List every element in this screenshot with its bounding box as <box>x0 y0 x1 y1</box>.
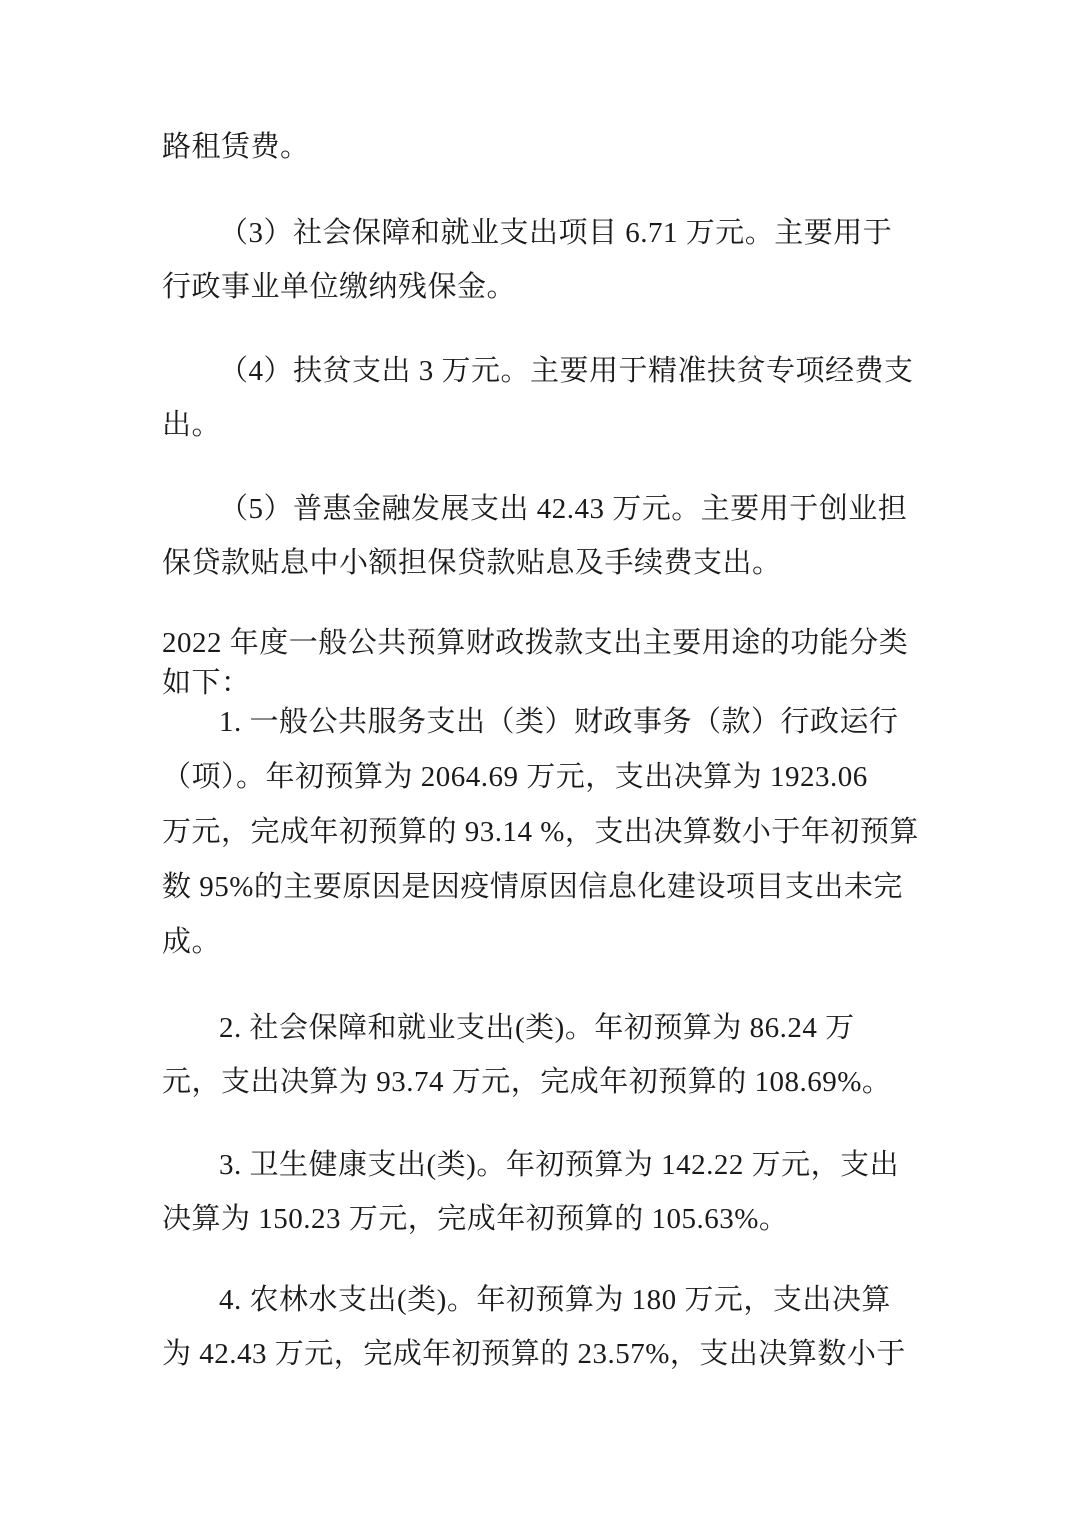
text-line: 2022 年度一般公共预算财政拨款支出主要用途的功能分类 <box>162 623 910 663</box>
text-line: （3）社会保障和就业支出项目 6.71 万元。主要用于 <box>162 206 910 260</box>
text-line: （4）扶贫支出 3 万元。主要用于精准扶贫专项经费支 <box>162 344 910 398</box>
text-line: 4. 农林水支出(类)。年初预算为 180 万元，支出决算 <box>162 1273 910 1327</box>
text-line: 元，支出决算为 93.74 万元，完成年初预算的 108.69%。 <box>162 1055 910 1109</box>
text-line: 数 95%的主要原因是因疫情原因信息化建设项目支出未完 <box>162 860 910 915</box>
text-line: 出。 <box>162 398 910 452</box>
text-line: 路租赁费。 <box>162 120 910 174</box>
text-line: 成。 <box>162 915 910 970</box>
text-line: （5）普惠金融发展支出 42.43 万元。主要用于创业担 <box>162 482 910 536</box>
paragraph-category-3: 3. 卫生健康支出(类)。年初预算为 142.22 万元，支出 决算为 150.… <box>162 1138 910 1246</box>
paragraph-item-3: （3）社会保障和就业支出项目 6.71 万元。主要用于 行政事业单位缴纳残保金。 <box>162 206 910 314</box>
paragraph-item-5: （5）普惠金融发展支出 42.43 万元。主要用于创业担 保贷款贴息中小额担保贷… <box>162 482 910 590</box>
text-line: 2. 社会保障和就业支出(类)。年初预算为 86.24 万 <box>162 1001 910 1055</box>
text-line: 保贷款贴息中小额担保贷款贴息及手续费支出。 <box>162 536 910 590</box>
paragraph-category-4: 4. 农林水支出(类)。年初预算为 180 万元，支出决算 为 42.43 万元… <box>162 1273 910 1381</box>
document-page: 路租赁费。 （3）社会保障和就业支出项目 6.71 万元。主要用于 行政事业单位… <box>0 0 1075 1521</box>
paragraph-intro-2022: 2022 年度一般公共预算财政拨款支出主要用途的功能分类 如下： <box>162 623 910 703</box>
text-line: 决算为 150.23 万元，完成年初预算的 105.63%。 <box>162 1192 910 1246</box>
paragraph-category-1: 1. 一般公共服务支出（类）财政事务（款）行政运行 （项）。年初预算为 2064… <box>162 695 910 970</box>
text-line: 3. 卫生健康支出(类)。年初预算为 142.22 万元，支出 <box>162 1138 910 1192</box>
paragraph-category-2: 2. 社会保障和就业支出(类)。年初预算为 86.24 万 元，支出决算为 93… <box>162 1001 910 1109</box>
text-line: 行政事业单位缴纳残保金。 <box>162 260 910 314</box>
paragraph-item-4: （4）扶贫支出 3 万元。主要用于精准扶贫专项经费支 出。 <box>162 344 910 452</box>
document-body: 路租赁费。 （3）社会保障和就业支出项目 6.71 万元。主要用于 行政事业单位… <box>162 120 910 1381</box>
paragraph-continuation: 路租赁费。 <box>162 120 910 174</box>
text-line: （项）。年初预算为 2064.69 万元，支出决算为 1923.06 <box>162 750 910 805</box>
text-line: 为 42.43 万元，完成年初预算的 23.57%，支出决算数小于 <box>162 1327 910 1381</box>
text-line: 万元，完成年初预算的 93.14 %，支出决算数小于年初预算 <box>162 805 910 860</box>
text-line: 1. 一般公共服务支出（类）财政事务（款）行政运行 <box>162 695 910 750</box>
